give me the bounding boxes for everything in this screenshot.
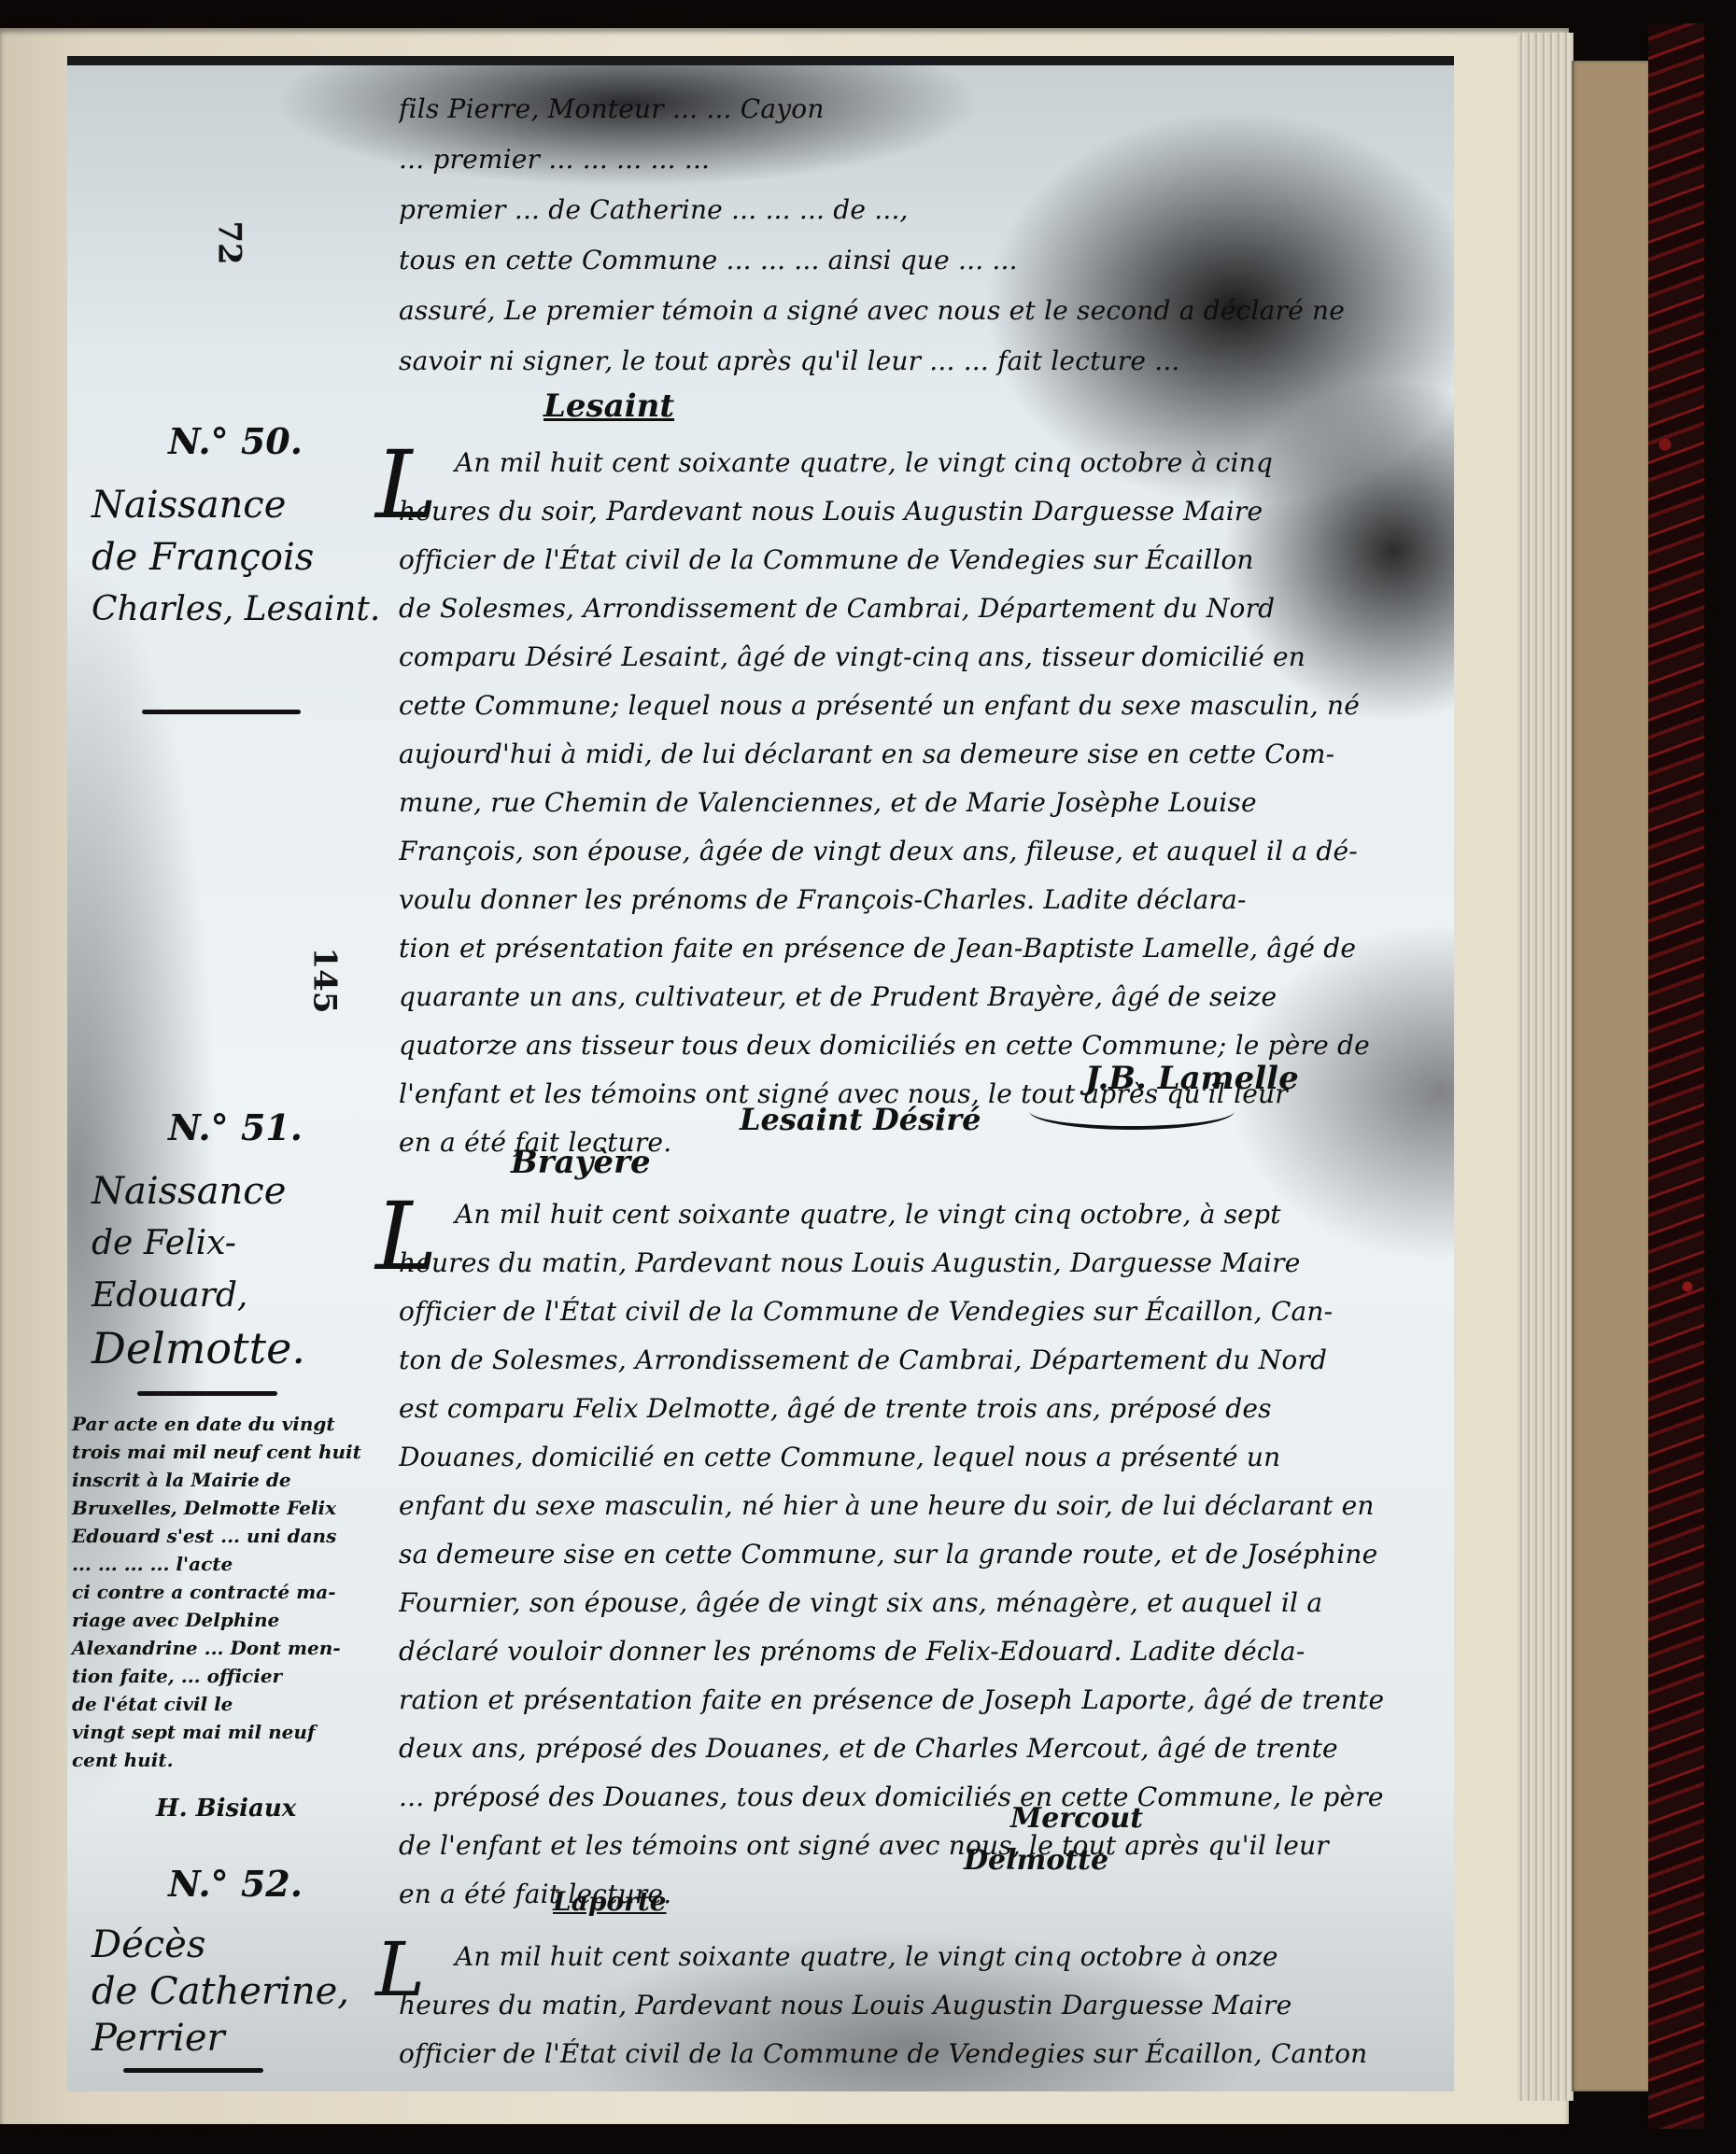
margin-rule [123, 2068, 263, 2073]
marbled-book-cover [1648, 23, 1704, 2129]
act-initial: L [375, 439, 437, 532]
entry-number: N.° 52. [86, 1863, 385, 1905]
entry-name: de François [86, 531, 385, 584]
book-endpaper [1572, 61, 1648, 2091]
previous-act-fragment: fils Pierre, Monteur ... ... Cayon ... p… [399, 84, 1435, 387]
signature-flourish [1029, 1092, 1235, 1130]
act-signature-heading: Lesaint [543, 387, 674, 425]
act-initial: L [375, 1933, 425, 2007]
act-51-birth-delmotte: L An mil huit cent soixante quatre, le v… [399, 1190, 1435, 1919]
entry-type: Décès [86, 1922, 385, 1968]
entry-number: N.° 51. [86, 1106, 385, 1148]
signature-lesaint-desire: Lesaint Désiré [740, 1102, 981, 1137]
signature-lamelle: J.B. Lamelle [1085, 1060, 1299, 1097]
entry-type: Naissance [86, 1165, 385, 1218]
page-number-top: 72 [211, 220, 248, 264]
margin-entry-51: N.° 51. Naissance de Felix-Edouard, Delm… [86, 1106, 385, 1374]
entry-type: Naissance [86, 479, 385, 531]
entry-name: de Felix-Edouard, [86, 1218, 385, 1322]
margin-rule [137, 1391, 277, 1396]
act-50-birth-lesaint: L An mil huit cent soixante quatre, le v… [399, 439, 1435, 1167]
margin-column: 72 N.° 50. Naissance de François Charles… [67, 65, 385, 2091]
act-initial: L [375, 1190, 437, 1284]
signature-mercout: Mercout [1010, 1802, 1143, 1835]
entry-surname: Perrier [86, 2015, 385, 2062]
margin-entry-50: N.° 50. Naissance de François Charles, L… [86, 420, 385, 636]
entry-surname: Delmotte. [86, 1322, 385, 1374]
page-number-middle: 145 [305, 948, 343, 1014]
act-signature-heading: Brayère [511, 1144, 651, 1181]
act-signature-heading: Laporte [553, 1886, 667, 1917]
entry-name: de Catherine, [86, 1968, 385, 2015]
act-52-death-perrier: L An mil huit cent soixante quatre, le v… [399, 1933, 1435, 2078]
margin-rule [142, 710, 301, 714]
marriage-annotation: Par acte en date du vingt trois mai mil … [72, 1410, 389, 1823]
page-edges [1517, 33, 1574, 2101]
entry-surname: Charles, Lesaint. [86, 584, 385, 636]
annotation-signature: H. Bisiaux [72, 1795, 389, 1823]
register-photocopy: 72 N.° 50. Naissance de François Charles… [67, 56, 1454, 2091]
margin-entry-52: N.° 52. Décès de Catherine, Perrier [86, 1863, 385, 2062]
signature-delmotte: Delmotte [964, 1844, 1108, 1877]
entry-number: N.° 50. [86, 420, 385, 462]
